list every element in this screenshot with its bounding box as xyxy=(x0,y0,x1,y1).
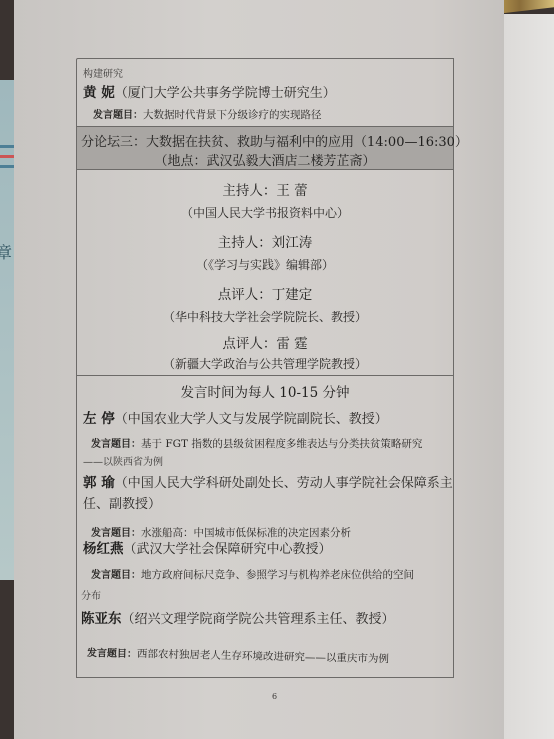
commentator-role: 点评人： xyxy=(218,287,272,303)
topic-text: 大数据时代背景下分级诊疗的实现路径 xyxy=(143,109,322,121)
speaker-3: 杨红燕（武汉大学社会保障研究中心教授） xyxy=(83,537,459,557)
host-name: 王 蕾 xyxy=(276,183,307,199)
time-note: 发言时间为每人 10-15 分钟 xyxy=(77,381,453,401)
right-page xyxy=(504,14,554,739)
speaker-affiliation: （厦门大学公共事务学院博士研究生） xyxy=(115,86,336,101)
commentator-2-affiliation: （新疆大学政治与公共管理学院教授） xyxy=(77,355,453,372)
speaker-3-topic: 发言题目：地方政府间标尺竞争、参照学习与机构养老床位供给的空间 xyxy=(91,563,467,582)
topic-label: 发言题目： xyxy=(91,570,141,581)
topic-text: 地方政府间标尺竞争、参照学习与机构养老床位供给的空间 xyxy=(141,569,414,581)
host-1-affiliation: （中国人民大学书报资料中心） xyxy=(77,204,453,221)
commentator-2: 点评人：雷 霆 xyxy=(77,332,453,352)
host-role: 主持人： xyxy=(222,183,276,199)
page-number: 6 xyxy=(272,692,277,701)
speaker-name: 黄 妮 xyxy=(83,85,115,101)
speaker-1-topic: 发言题目：基于 FGT 指数的县级贫困程度多维表达与分类扶贫策略研究 xyxy=(91,432,467,451)
topic-text: 西部农村独居老人生存环境改进研究——以重庆市为例 xyxy=(137,648,389,665)
speaker-4-topic: 发言题目：西部农村独居老人生存环境改进研究——以重庆市为例 xyxy=(87,641,463,668)
speaker-2-affiliation-cont: 任、副教授） xyxy=(83,493,459,512)
host-2-affiliation: （《学习与实践》编辑部） xyxy=(77,256,453,273)
spine-glyph: 章 xyxy=(0,240,12,263)
commentator-role: 点评人： xyxy=(222,336,276,352)
document-page: 构建研究 黄 妮（厦门大学公共事务学院博士研究生） 发言题目：大数据时代背景下分… xyxy=(14,0,504,739)
session-header: 分论坛三：大数据在扶贫、救助与福利中的应用（14:00—16:30） （地点：武… xyxy=(77,126,453,170)
speaker-name: 陈亚东 xyxy=(81,611,122,627)
program-box: 构建研究 黄 妮（厦门大学公共事务学院博士研究生） 发言题目：大数据时代背景下分… xyxy=(76,58,454,678)
host-role: 主持人： xyxy=(218,235,272,251)
speaker-name: 郭 瑜 xyxy=(83,475,115,491)
commentator-name: 丁建定 xyxy=(272,287,313,303)
speaker-affiliation: （中国人民大学科研处副处长、劳动人事学院社会保障系主 xyxy=(115,476,453,491)
host-name: 刘江涛 xyxy=(272,235,313,251)
spine-stripe xyxy=(0,155,14,158)
commentator-1-affiliation: （华中科技大学社会学院院长、教授） xyxy=(77,308,453,325)
speaker-2: 郭 瑜（中国人民大学科研处副处长、劳动人事学院社会保障系主 xyxy=(83,471,459,491)
top-fragment: 构建研究 xyxy=(83,65,459,80)
host-2: 主持人：刘江涛 xyxy=(77,231,453,251)
speaker-prev-topic: 发言题目：大数据时代背景下分级诊疗的实现路径 xyxy=(93,103,469,122)
commentator-name: 雷 霆 xyxy=(276,336,307,352)
speaker-1: 左 停（中国农业大学人文与发展学院副院长、教授） xyxy=(83,407,459,427)
topic-label: 发言题目： xyxy=(87,648,137,660)
speaker-1-topic-cont: ——以陕西省为例 xyxy=(83,453,459,468)
commentator-1: 点评人：丁建定 xyxy=(77,283,453,303)
speaker-affiliation: （武汉大学社会保障研究中心教授） xyxy=(124,542,332,557)
speaker-name: 左 停 xyxy=(83,411,115,427)
section-divider xyxy=(77,375,453,376)
spine-stripe xyxy=(0,165,14,168)
session-location: （地点：武汉弘毅大酒店二楼芳芷斋） xyxy=(77,150,453,169)
speaker-name: 杨红燕 xyxy=(83,541,124,557)
spine-stripe xyxy=(0,145,14,148)
host-1: 主持人：王 蕾 xyxy=(77,179,453,199)
topic-text: 基于 FGT 指数的县级贫困程度多维表达与分类扶贫策略研究 xyxy=(141,438,422,450)
speaker-4: 陈亚东（绍兴文理学院商学院公共管理系主任、教授） xyxy=(81,607,457,627)
speaker-prev: 黄 妮（厦门大学公共事务学院博士研究生） xyxy=(83,81,459,101)
speaker-affiliation: （中国农业大学人文与发展学院副院长、教授） xyxy=(115,412,388,427)
speaker-affiliation: （绍兴文理学院商学院公共管理系主任、教授） xyxy=(122,612,395,627)
speaker-3-topic-cont: 分布 xyxy=(81,587,457,602)
session-title: 分论坛三：大数据在扶贫、救助与福利中的应用（14:00—16:30） xyxy=(81,131,468,150)
topic-label: 发言题目： xyxy=(91,439,141,450)
topic-label: 发言题目： xyxy=(93,110,143,121)
background-book-spine: 章 xyxy=(0,80,14,580)
